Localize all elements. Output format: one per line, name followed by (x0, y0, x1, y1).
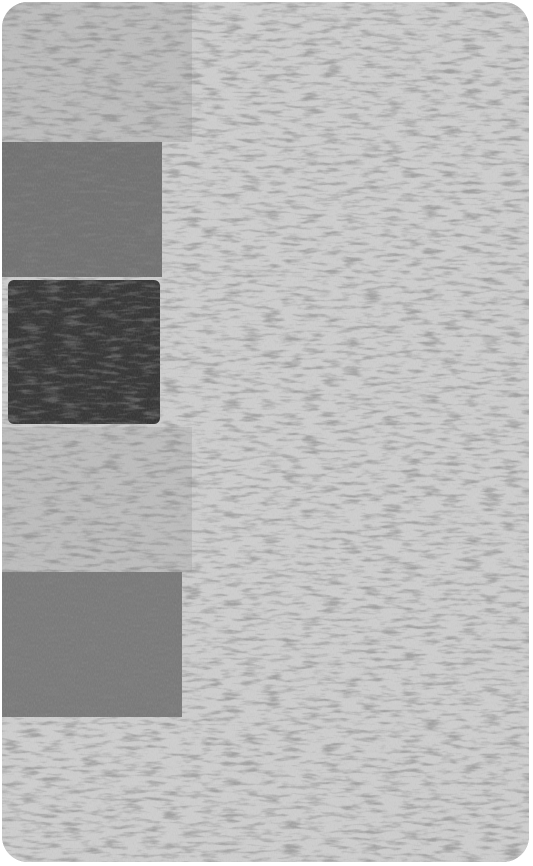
rug-mat (2, 2, 529, 862)
rug-pattern (2, 2, 529, 862)
